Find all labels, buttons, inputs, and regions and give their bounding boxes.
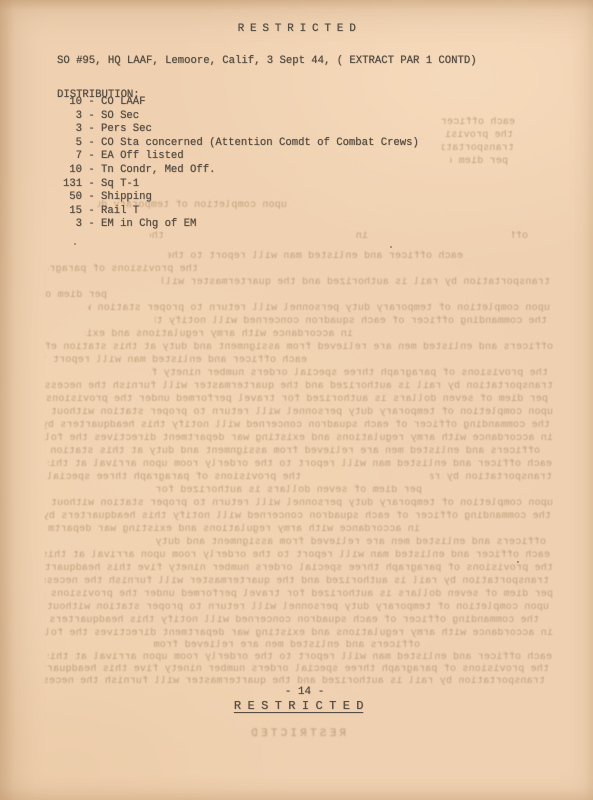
- copy-count: 50: [63, 191, 82, 205]
- bleed-through-line: in accordance with army regulations and …: [85, 329, 353, 340]
- bleed-through-line: transportation by rail is authorized and…: [45, 576, 549, 587]
- separator-dash: -: [82, 164, 101, 178]
- distribution-item: 10-CO LAAF: [63, 96, 419, 110]
- distribution-item: 3-EM in Chg of EM: [63, 218, 419, 232]
- distribution-recipient: Rail T: [101, 205, 139, 217]
- distribution-recipient: CO Sta concerned (Attention Comdt of Com…: [101, 137, 419, 149]
- distribution-list: 10-CO LAAF3-SO Sec3-Pers Sec5-CO Sta con…: [63, 96, 419, 232]
- bleed-through-line: the commanding officer of each squadron …: [45, 511, 551, 522]
- bleed-through-line: the provisions of paragraph three specia…: [45, 563, 553, 574]
- bleed-through-line: per diem of seven dollars is authorized …: [450, 156, 508, 167]
- copy-count: 7: [63, 150, 82, 164]
- bleed-through-line: each officer and enlisted man will repor…: [440, 117, 515, 128]
- separator-dash: -: [82, 150, 101, 164]
- bleed-through-line: each officer and enlisted man will repor…: [48, 459, 552, 470]
- bleed-through-line: transportation by rail is authorized and…: [430, 472, 552, 483]
- ink-speck: [390, 246, 392, 248]
- copy-count: 5: [63, 137, 82, 151]
- distribution-recipient: EM in Chg of EM: [101, 218, 196, 230]
- copy-count: 10: [63, 164, 82, 178]
- bleed-through-line: per diem of seven dollars is authorized …: [45, 589, 553, 600]
- bleed-through-line: per diem of seven dollars is authorized …: [150, 485, 422, 496]
- distribution-recipient: Pers Sec: [101, 123, 152, 135]
- bleed-through-line: the provisions of paragraph three specia…: [445, 130, 513, 141]
- classification-header: R E S T R I C T E D: [0, 23, 593, 36]
- scanned-document-page: each officer and enlisted man will repor…: [0, 0, 593, 800]
- ink-speck: [74, 243, 76, 245]
- copy-count: 15: [63, 205, 82, 219]
- special-order-reference-line: SO #95, HQ LAAF, Lemoore, Calif, 3 Sept …: [57, 55, 477, 68]
- distribution-recipient: EA Off listed: [101, 150, 184, 162]
- distribution-item: 7-EA Off listed: [63, 150, 419, 164]
- separator-dash: -: [82, 205, 101, 219]
- copy-count: 131: [63, 178, 82, 192]
- distribution-item: 10-Tn Condr, Med Off.: [63, 164, 419, 178]
- bleed-through-line: officers and enlisted men are relieved f…: [45, 446, 540, 457]
- distribution-recipient: CO LAAF: [101, 96, 146, 108]
- distribution-item: 3-SO Sec: [63, 110, 419, 124]
- bleed-through-line: each officer and enlisted man will repor…: [45, 355, 307, 366]
- distribution-item: 50-Shipping: [63, 191, 419, 205]
- bleed-through-line: the provisions of paragraph three specia…: [45, 472, 301, 483]
- separator-dash: -: [82, 123, 101, 137]
- distribution-item: 3-Pers Sec: [63, 123, 419, 137]
- distribution-item: 131-Sq T-1: [63, 178, 419, 192]
- bleed-through-line: the provisions of paragraph three specia…: [150, 368, 548, 379]
- bleed-through-line: upon completion of temporary duty person…: [88, 303, 550, 314]
- page-number: - 14 -: [285, 686, 325, 699]
- separator-dash: -: [82, 137, 101, 151]
- distribution-item: 15-Rail T: [63, 205, 419, 219]
- bleed-through-line: in accordance with army regulations and …: [45, 433, 553, 444]
- ink-speck: [517, 561, 519, 563]
- bleed-through-line: in accordance with army regulations and …: [352, 231, 368, 242]
- separator-dash: -: [82, 178, 101, 192]
- bleed-through-line: upon completion of temporary duty person…: [45, 602, 549, 613]
- classification-footer: R E S T R I C T E D: [234, 700, 363, 713]
- bleed-through-line: transportation by rail is authorized and…: [442, 143, 514, 154]
- bleed-through-line: the provisions of paragraph three specia…: [48, 264, 198, 275]
- bleed-through-line: upon completion of temporary duty person…: [45, 407, 553, 418]
- bleed-through-line: per diem of seven dollars is authorized …: [45, 394, 548, 405]
- copy-count: 3: [63, 110, 82, 124]
- bleed-through-line: the commanding officer of each squadron …: [155, 316, 547, 327]
- bleed-through-line: per diem of seven dollars is authorized …: [45, 290, 107, 301]
- distribution-recipient: Shipping: [101, 191, 152, 203]
- bleed-through-line: transportation by rail is authorized and…: [45, 381, 553, 392]
- bleed-through-line: each officer and enlisted man will repor…: [45, 550, 550, 561]
- bleed-through-line: officers and enlisted men are relieved f…: [150, 640, 420, 651]
- separator-dash: -: [82, 191, 101, 205]
- copy-count: 10: [63, 96, 82, 110]
- bleed-through-line: the commanding officer of each squadron …: [45, 420, 550, 431]
- separator-dash: -: [82, 96, 101, 110]
- distribution-recipient: Sq T-1: [101, 178, 139, 190]
- bleed-through-line: each officer and enlisted man will repor…: [48, 652, 552, 663]
- bleed-through-line: the commanding officer of each squadron …: [45, 615, 539, 626]
- bleed-through-line: in accordance with army regulations and …: [45, 628, 553, 639]
- bleed-through-line: the commanding officer of each squadron …: [150, 231, 164, 242]
- bleed-through-line: each officer and enlisted man will repor…: [168, 251, 463, 262]
- bleed-through-line: the provisions of paragraph three specia…: [45, 664, 549, 675]
- bleed-through-line: transportation by rail is authorized and…: [162, 277, 550, 288]
- copy-count: 3: [63, 218, 82, 232]
- copy-count: 3: [63, 123, 82, 137]
- distribution-item: 5-CO Sta concerned (Attention Comdt of C…: [63, 137, 419, 151]
- separator-dash: -: [82, 218, 101, 232]
- distribution-recipient: SO Sec: [101, 110, 139, 122]
- bleed-through-restricted-stamp: RESTRICTED: [247, 728, 345, 740]
- bleed-through-line: officers and enlisted men are relieved f…: [512, 231, 528, 242]
- distribution-recipient: Tn Condr, Med Off.: [101, 164, 215, 176]
- bleed-through-line: officers and enlisted men are relieved f…: [45, 342, 553, 353]
- bleed-through-line: upon completion of temporary duty person…: [45, 498, 553, 509]
- bleed-through-line: officers and enlisted men are relieved f…: [150, 537, 546, 548]
- bleed-through-line: in accordance with army regulations and …: [48, 524, 420, 535]
- separator-dash: -: [82, 110, 101, 124]
